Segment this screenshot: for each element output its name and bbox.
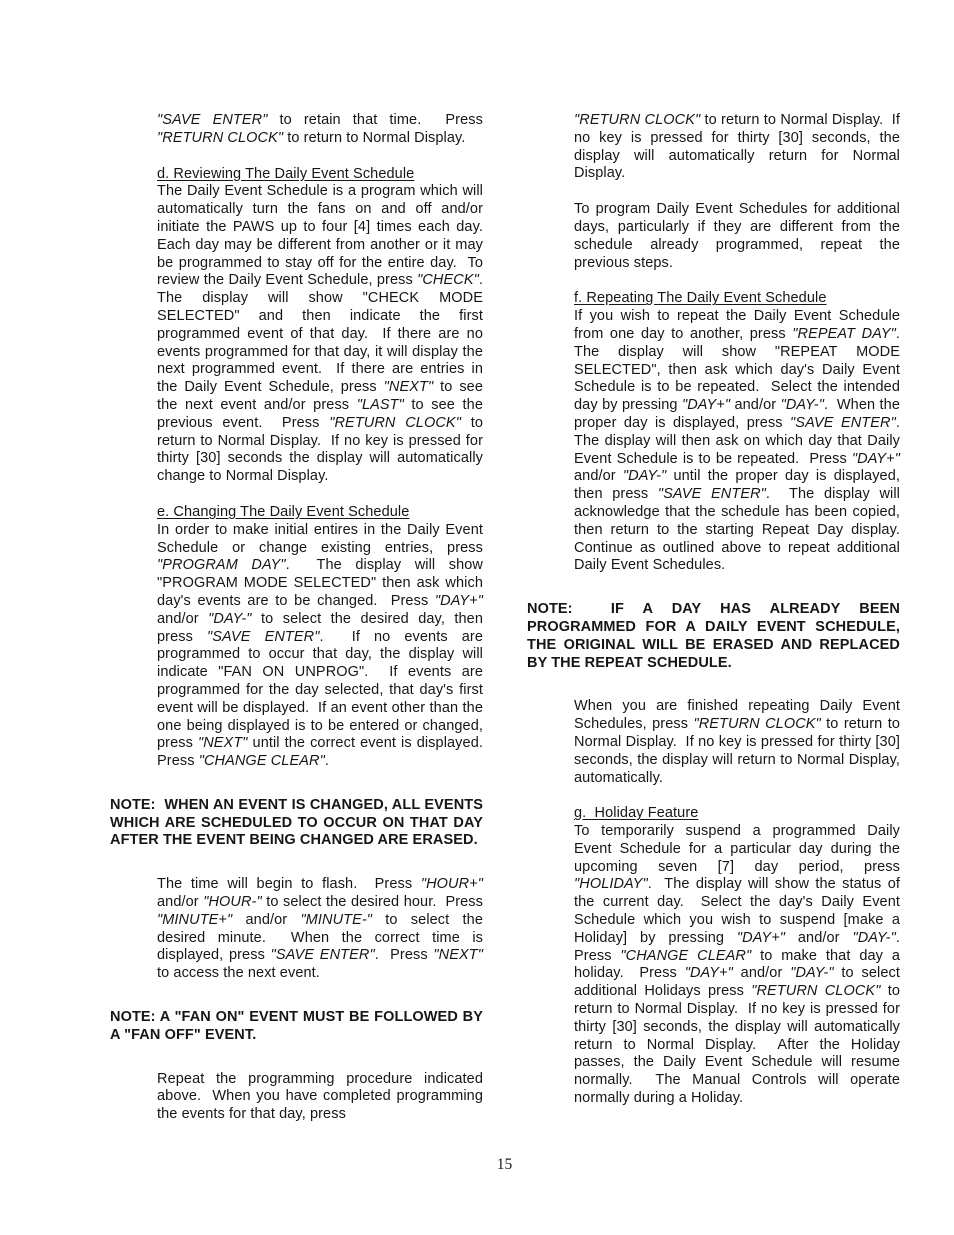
paragraph: The Daily Event Schedule is a program wh… <box>110 183 483 486</box>
paragraph: Repeat the programming procedure indicat… <box>110 1071 483 1124</box>
paragraph: The time will begin to flash. Press "HOU… <box>110 876 483 983</box>
section: e. Changing The Daily Event ScheduleIn o… <box>110 504 483 771</box>
paragraph: When you are finished repeating Daily Ev… <box>527 698 900 787</box>
paragraph: To temporarily suspend a programmed Dail… <box>527 823 900 1108</box>
section: g. Holiday FeatureTo temporarily suspend… <box>527 805 900 1108</box>
column-left: "SAVE ENTER" to retain that time. Press … <box>110 112 483 1142</box>
section: d. Reviewing The Daily Event ScheduleThe… <box>110 166 483 486</box>
section-heading: d. Reviewing The Daily Event Schedule <box>110 166 483 184</box>
section: f. Repeating The Daily Event ScheduleIf … <box>527 290 900 575</box>
paragraph: "SAVE ENTER" to retain that time. Press … <box>110 112 483 148</box>
paragraph: "RETURN CLOCK" to return to Normal Displ… <box>527 112 900 183</box>
paragraph: If you wish to repeat the Daily Event Sc… <box>527 308 900 575</box>
section-heading: g. Holiday Feature <box>527 805 900 823</box>
paragraph: To program Daily Event Schedules for add… <box>527 201 900 272</box>
column-right: "RETURN CLOCK" to return to Normal Displ… <box>527 112 900 1126</box>
note-paragraph: NOTE: WHEN AN EVENT IS CHANGED, ALL EVEN… <box>110 797 483 850</box>
manual-page: "SAVE ENTER" to retain that time. Press … <box>0 0 954 1235</box>
section-heading: f. Repeating The Daily Event Schedule <box>527 290 900 308</box>
note-paragraph: NOTE: A "FAN ON" EVENT MUST BE FOLLOWED … <box>110 1009 483 1045</box>
page-number: 15 <box>110 1156 899 1174</box>
paragraph: In order to make initial entires in the … <box>110 522 483 771</box>
note-paragraph: NOTE: IF A DAY HAS ALREADY BEEN PROGRAMM… <box>527 601 900 672</box>
section-heading: e. Changing The Daily Event Schedule <box>110 504 483 522</box>
